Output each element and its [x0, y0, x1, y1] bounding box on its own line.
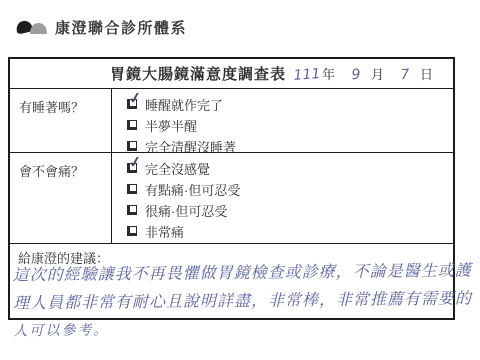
- option-row: ✓ 完全沒感覺: [127, 158, 453, 178]
- checkbox-icon[interactable]: ✓: [127, 184, 137, 194]
- clinic-name: 康澄聯合診所體系: [55, 17, 187, 38]
- check-mark-icon: ✓: [128, 154, 143, 171]
- option-label: 半夢半醒: [145, 116, 197, 135]
- option-label: 有點痛·但可忍受: [145, 180, 240, 199]
- title-row: 胃鏡大腸鏡滿意度調查表 111 年 9 月 7 日: [10, 59, 453, 89]
- handwritten-line-3: 人可以參考。: [13, 313, 468, 346]
- logo-gray-dome-shape: [30, 23, 47, 34]
- month-unit-label: 月: [371, 64, 384, 83]
- checkbox-icon[interactable]: ✓: [127, 226, 137, 236]
- month-value-handwritten: 9: [341, 66, 372, 84]
- question-row-sleep: 有睡著嗎？ ✓ 睡醒就作完了 ✓ 半夢半醒 ✓ 完全清醒沒睡著: [10, 89, 453, 153]
- options-pain: ✓ 完全沒感覺 ✓ 有點痛·但可忍受 ✓ 很痛·但可忍受 ✓ 非常痛: [112, 153, 453, 243]
- checkbox-icon[interactable]: ✓: [127, 99, 137, 109]
- option-row: ✓ 睡醒就作完了: [127, 94, 453, 114]
- check-mark-icon: ✓: [128, 90, 143, 107]
- clinic-logo: 康澄聯合診所體系: [16, 17, 187, 38]
- option-row: ✓ 半夢半醒: [127, 115, 453, 135]
- day-value-handwritten: 7: [390, 66, 421, 84]
- option-row: ✓ 很痛·但可忍受: [127, 200, 453, 220]
- clinic-logo-icon: [16, 19, 48, 36]
- handwritten-suggestion: 這次的經驗讓我不再畏懼做胃鏡檢查或診療，不論是醫生或護 理人員都非常有耐心且說明…: [13, 257, 469, 346]
- year-value-handwritten: 111: [291, 66, 322, 84]
- date-day: 7 日: [390, 64, 433, 83]
- option-row: ✓ 非常痛: [127, 221, 453, 241]
- date-year: 111 年: [292, 64, 335, 83]
- date-month: 9 月: [341, 64, 384, 83]
- checkbox-icon[interactable]: ✓: [127, 141, 137, 151]
- option-row: ✓ 有點痛·但可忍受: [127, 179, 453, 199]
- checkbox-icon[interactable]: ✓: [127, 163, 137, 173]
- handwritten-line-2: 理人員都非常有耐心且說明詳盡，非常棒，非常推薦有需要的: [13, 285, 468, 318]
- checkbox-icon[interactable]: ✓: [127, 205, 137, 215]
- option-label: 非常痛: [145, 222, 184, 241]
- question-label-sleep: 有睡著嗎？: [10, 89, 112, 152]
- option-label: 完全沒感覺: [145, 159, 210, 178]
- form-title: 胃鏡大腸鏡滿意度調查表: [110, 63, 286, 84]
- question-row-pain: 會不會痛？ ✓ 完全沒感覺 ✓ 有點痛·但可忍受 ✓ 很痛·但可忍受 ✓ 非常痛: [10, 153, 453, 244]
- option-label: 睡醒就作完了: [145, 95, 223, 114]
- options-sleep: ✓ 睡醒就作完了 ✓ 半夢半醒 ✓ 完全清醒沒睡著: [112, 89, 453, 152]
- day-unit-label: 日: [420, 64, 433, 83]
- question-label-pain: 會不會痛？: [10, 153, 112, 243]
- checkbox-icon[interactable]: ✓: [127, 120, 137, 130]
- year-unit-label: 年: [322, 64, 335, 83]
- scanned-survey-page: 康澄聯合診所體系 胃鏡大腸鏡滿意度調查表 111 年 9 月 7 日 有睡著嗎？: [0, 0, 480, 360]
- option-label: 很痛·但可忍受: [145, 201, 227, 220]
